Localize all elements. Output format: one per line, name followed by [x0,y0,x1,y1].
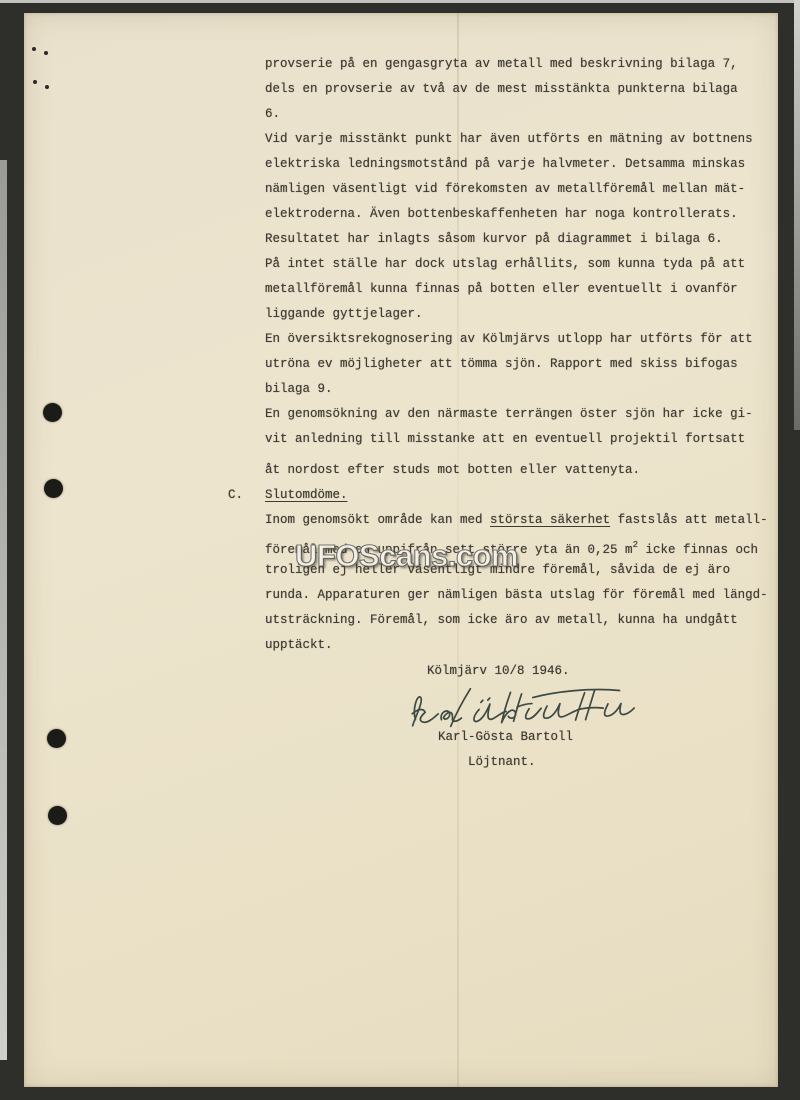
typed-line: Inom genomsökt område kan med största sä… [265,508,770,533]
watermark: UFOScans.com [295,538,518,574]
punch-hole [47,729,66,748]
typed-line: vit anledning till misstanke att en even… [265,427,770,452]
section-label: C. [228,483,243,508]
staple-mark [45,85,49,89]
typed-line: åt nordost efter studs mot botten eller … [265,458,770,483]
scanner-edge-top [0,0,800,3]
section-heading: Slutomdöme. [265,483,770,508]
scanner-edge-left [0,160,7,1060]
typed-line: runda. Apparaturen ger nämligen bästa ut… [265,583,770,608]
staple-mark [33,80,37,84]
typed-line: Resultatet har inlagts såsom kurvor på d… [265,227,770,252]
typed-body: provserie på en gengasgryta av metall me… [265,52,770,483]
typed-line: nämligen väsentligt vid förekomsten av m… [265,177,770,202]
punch-hole [43,403,62,422]
dateline: Kölmjärv 10/8 1946. [265,659,770,684]
punch-hole [44,479,63,498]
punch-hole [48,806,67,825]
typed-line: utröna ev möjligheter att tömma sjön. Ra… [265,352,770,377]
typed-line: bilaga 9. [265,377,770,402]
staple-mark [44,51,48,55]
typed-line: En genomsökning av den närmaste terränge… [265,402,770,427]
typed-line: 6. [265,102,770,127]
typed-line: elektriska ledningsmotstånd på varje hal… [265,152,770,177]
typed-line: metallföremål kunna finnas på botten ell… [265,277,770,302]
line-text: Inom genomsökt område kan med [265,513,490,527]
underlined-phrase: största säkerhet [490,513,610,527]
typed-line: Vid varje misstänkt punkt har även utför… [265,127,770,152]
typed-line: På intet ställe har dock utslag erhållit… [265,252,770,277]
typed-line: liggande gyttjelager. [265,302,770,327]
line-text: icke finnas och [638,543,758,557]
typed-line: dels en provserie av två av de mest miss… [265,77,770,102]
signed-title: Löjtnant. [265,750,770,775]
scanner-edge-right [794,0,800,430]
typed-content: provserie på en gengasgryta av metall me… [265,52,770,775]
typed-line: utsträckning. Föremål, som icke äro av m… [265,608,770,633]
typed-line: provserie på en gengasgryta av metall me… [265,52,770,77]
line-text: fastslås att metall- [610,513,768,527]
typed-line: elektroderna. Även bottenbeskaffenheten … [265,202,770,227]
typed-line: En översiktsrekognosering av Kölmjärvs u… [265,327,770,352]
signature-handwriting [404,681,635,729]
staple-mark [32,47,36,51]
typed-line: upptäckt. [265,633,770,658]
signed-name: Karl-Gösta Bartoll [265,725,770,750]
signature-block [265,685,770,725]
